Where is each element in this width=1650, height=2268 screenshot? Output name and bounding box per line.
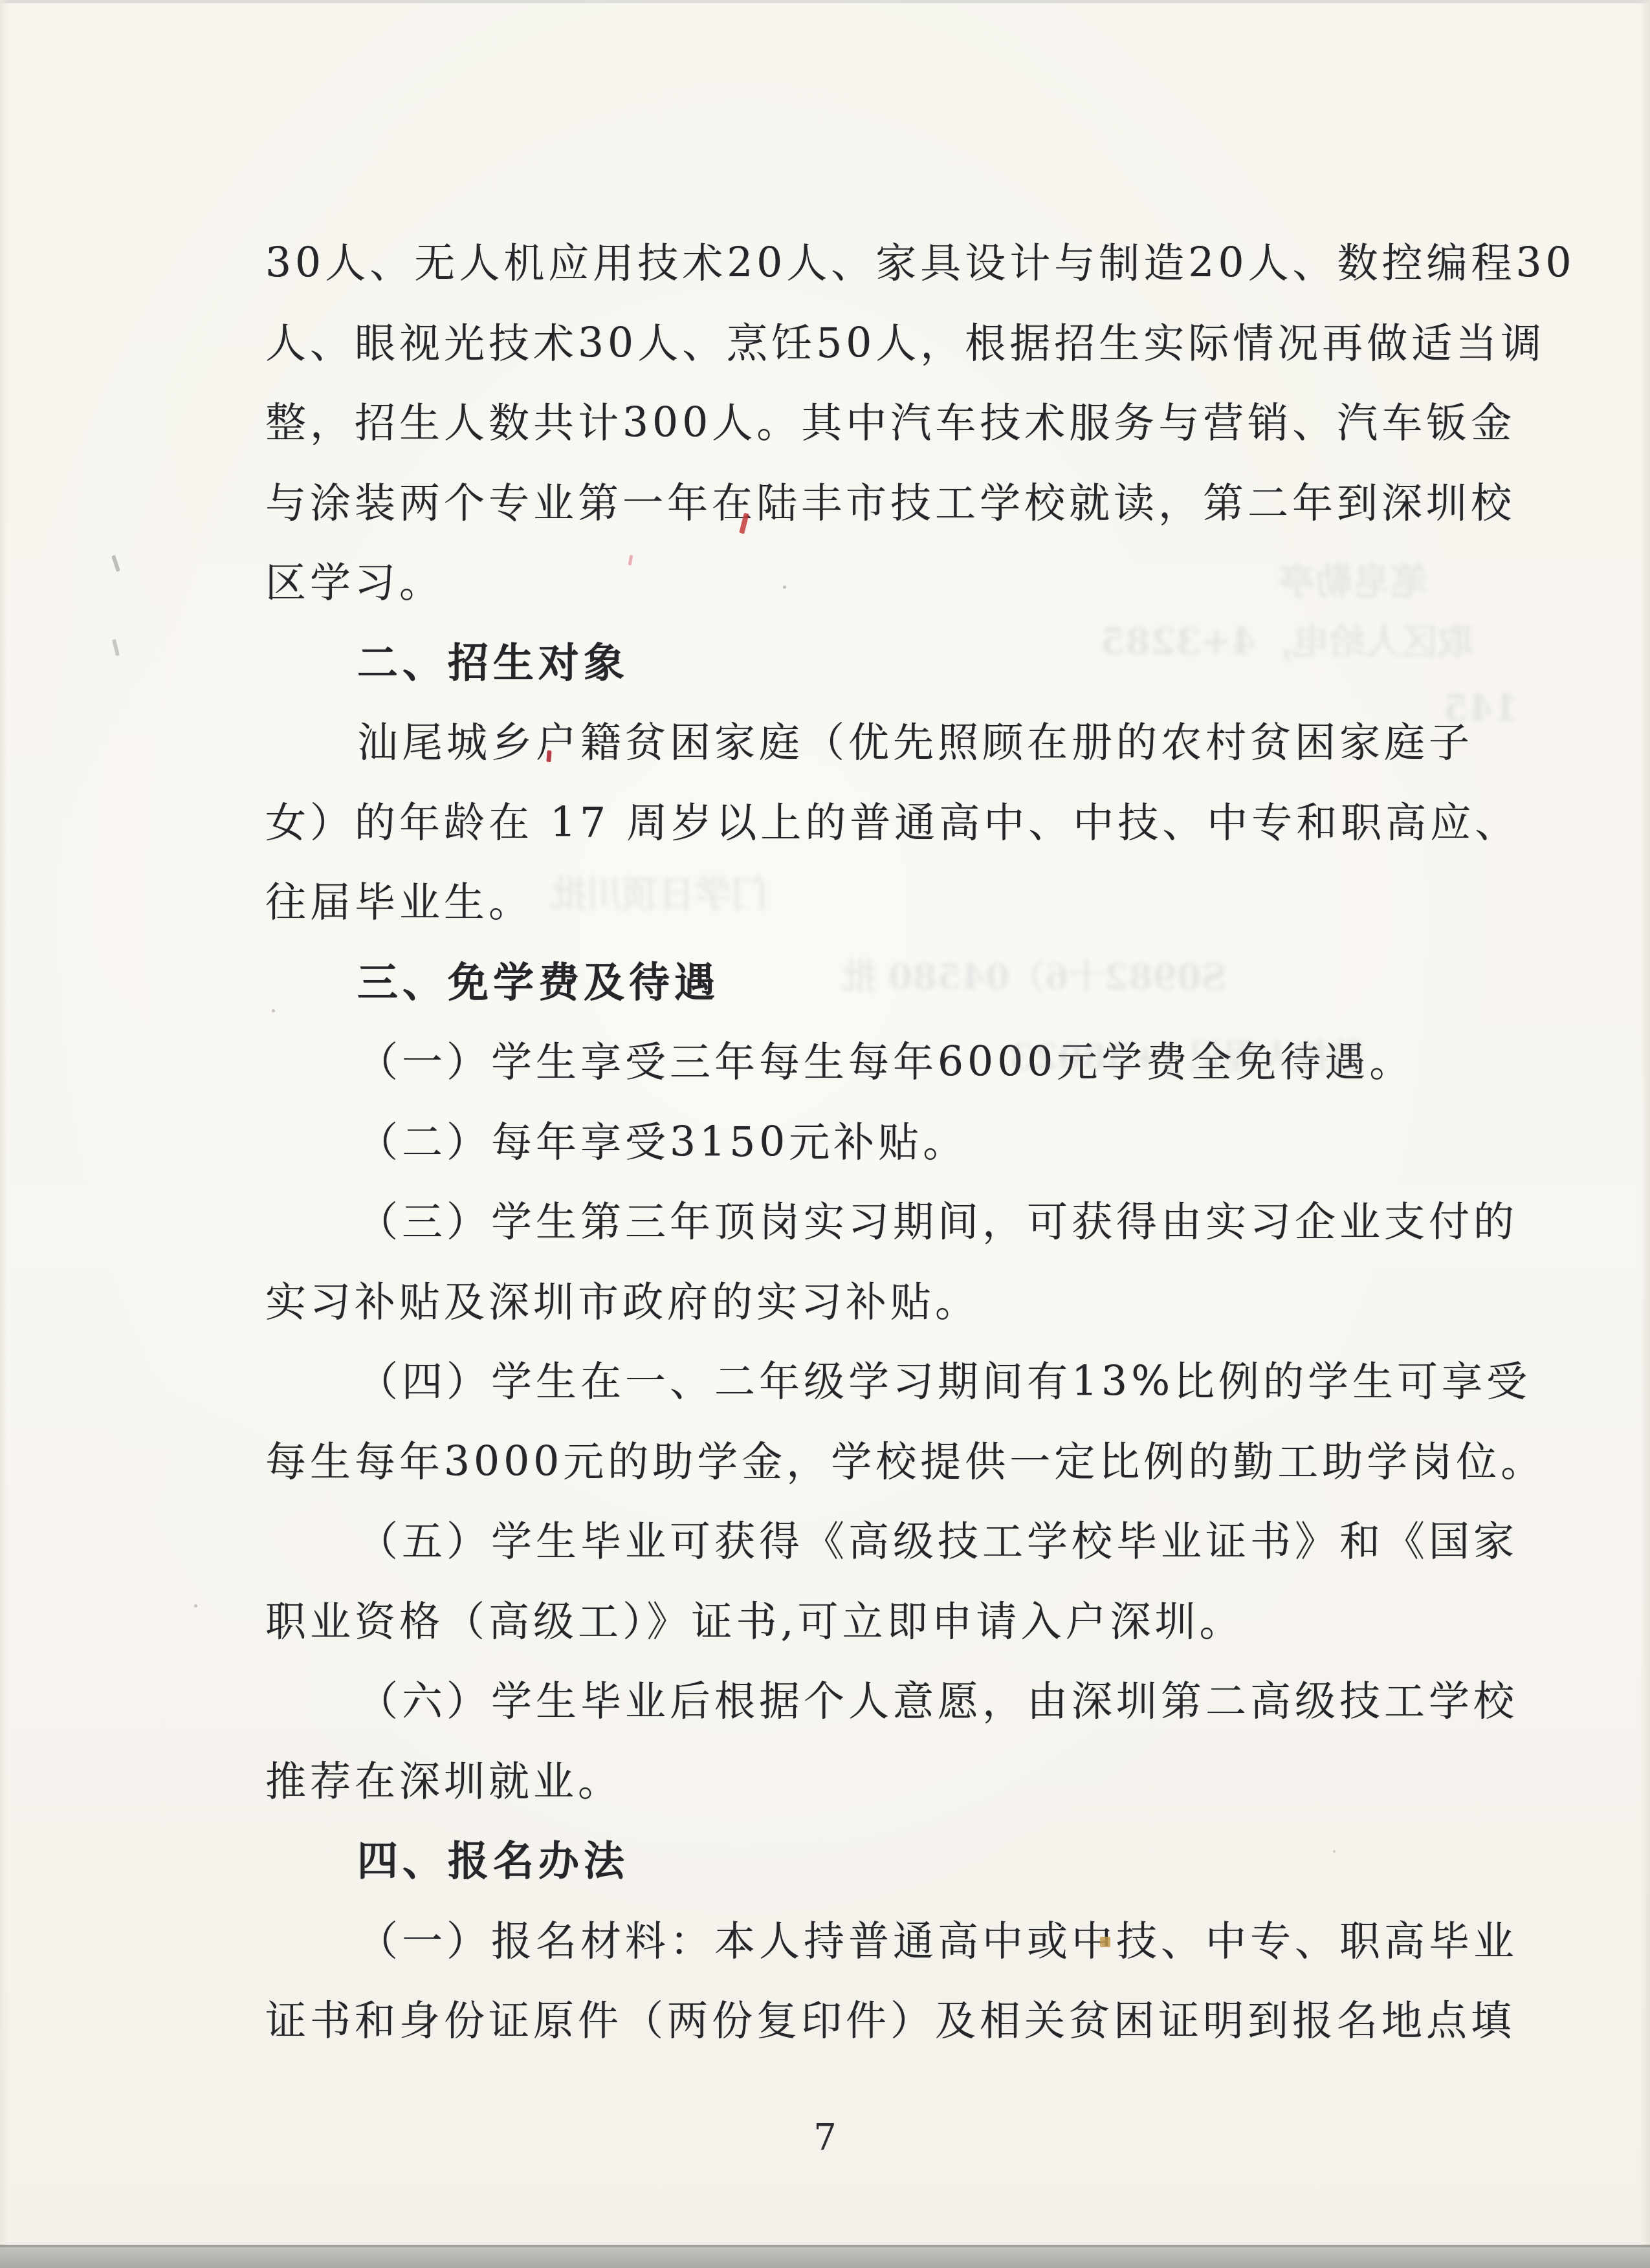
text-lines: 30人、无人机应用技术20人、家具设计与制造20人、数控编程30人、眼视光技术3… [265,220,1534,2058]
bleedthrough-ghost-text: 笔皂勒亭 [1278,551,1428,605]
bleedthrough-ghost-text: 数控人程记 J+38023 [1009,1030,1363,1080]
bleedthrough-ghost-text: S0982十6）04580 批 [841,950,1227,999]
paper-speck [1501,414,1504,417]
text-line: 职业资格（高级工）》证书,可立即申请入户深圳。 [265,1578,1534,1659]
text-line: （五）学生毕业可获得《高级技工学校毕业证书》和《国家 [265,1498,1534,1578]
paper-speck [1333,1850,1336,1853]
scanned-document-page: 30人、无人机应用技术20人、家具设计与制造20人、数控编程30人、眼视光技术3… [0,0,1650,2268]
text-line: 证书和身份证原件（两份复印件）及相关贫困证明到报名地点填 [265,1978,1534,2058]
text-line: （六）学生毕业后根据个人意愿，由深圳第二高级技工学校 [265,1658,1534,1738]
text-line: 实习补贴及深圳市政府的实习补贴。 [265,1259,1534,1339]
text-line: 汕尾城乡户籍贫困家庭（优先照顾在册的农村贫困家庭子 [265,699,1534,780]
text-line: （三）学生第三年顶岗实习期间，可获得由实习企业支付的 [265,1179,1534,1259]
text-line: 往届毕业生。 [265,859,1534,939]
tan-speck-mark [1100,1937,1110,1947]
scan-edge-top [0,0,1650,3]
text-line: 每生每年3000元的助学金，学校提供一定比例的勤工助学岗位。 [265,1419,1534,1499]
text-line: 推荐在深圳就业。 [265,1738,1534,1818]
red-dot-mark [546,750,551,762]
paper-speck [194,1604,197,1608]
paper-speck [272,1009,275,1012]
bleedthrough-ghost-text: 取区人给电，4+3285 [1100,613,1474,665]
bleedthrough-ghost-text: 145 [1443,687,1519,730]
text-line: （二）每年享受3150元补贴。 [265,1099,1534,1179]
pencil-tick-mark [112,639,120,657]
text-line: 人、眼视光技术30人、烹饪50人，根据招生实际情况再做适当调 [265,300,1534,380]
paper-speck [783,585,786,589]
text-line: 整，招生人数共计300人。其中汽车技术服务与营销、汽车钣金 [265,380,1534,460]
text-line: （一）报名材料：本人持普通高中或中技、中专、职高毕业 [265,1898,1534,1978]
scan-edge-left [0,0,8,2268]
bleedthrough-ghost-text: 门学日顶川批 [550,866,767,917]
page-number: 7 [0,2117,1650,2159]
text-line: 与涂装两个专业第一年在陆丰市技工学校就读，第二年到深圳校 [265,460,1534,540]
scan-edge-bottom-band [0,2247,1650,2268]
scan-edge-right [1640,0,1650,2268]
text-line: 女）的年龄在 17 周岁以上的普通高中、中技、中专和职高应、 [265,780,1534,860]
text-line: （四）学生在一、二年级学习期间有13%比例的学生可享受 [265,1338,1534,1419]
text-line: 30人、无人机应用技术20人、家具设计与制造20人、数控编程30 [265,220,1534,300]
heading-line: 四、报名办法 [265,1818,1534,1898]
pencil-tick-mark [111,555,120,572]
